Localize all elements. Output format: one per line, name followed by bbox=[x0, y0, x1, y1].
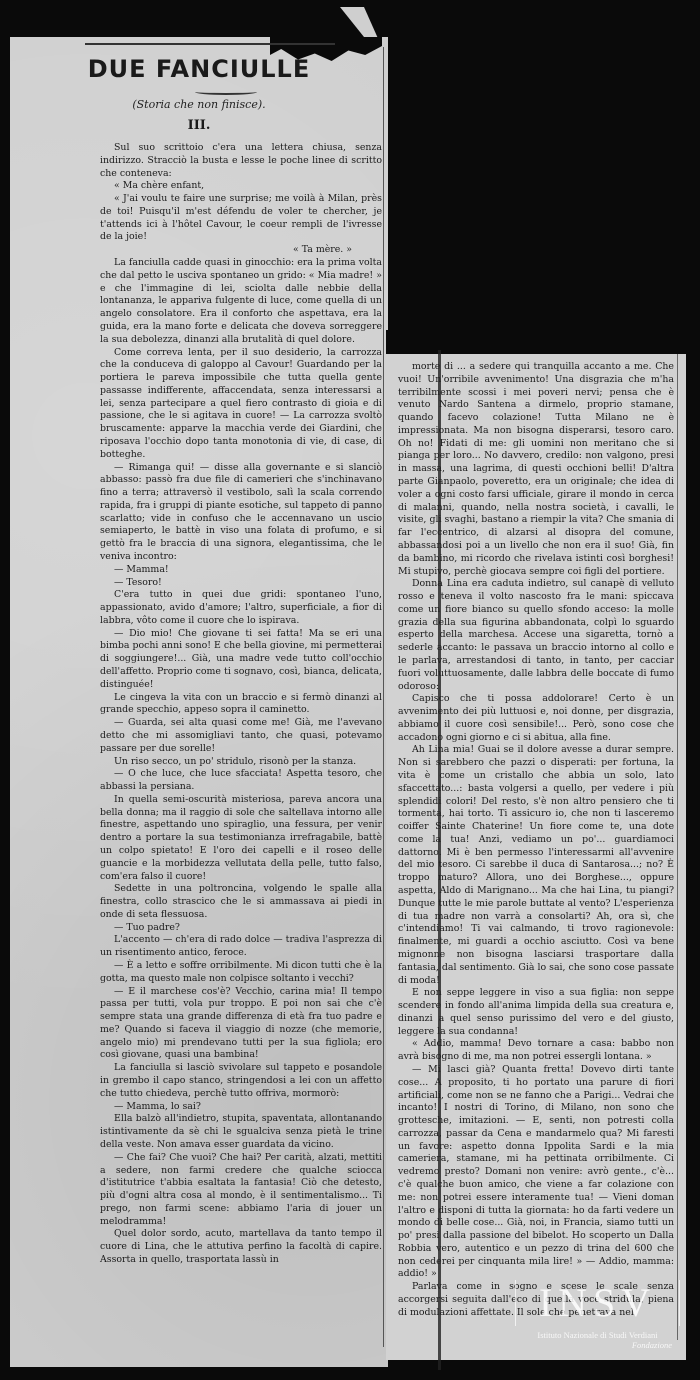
paragraph: — Dio mio! Che giovane ti sei fatta! Ma … bbox=[100, 628, 382, 692]
left-column-text: Sul suo scrittoio c'era una lettera chiu… bbox=[100, 142, 382, 1267]
paragraph: — È a letto e soffre orribilmente. Mi di… bbox=[100, 960, 382, 986]
logo-subtitle: Fondazione bbox=[515, 1340, 680, 1350]
paragraph: Le cingeva la vita con un braccio e si f… bbox=[100, 692, 382, 718]
paragraph: Un riso secco, un po' stridulo, risonò p… bbox=[100, 756, 382, 769]
paragraph: — Rimanga qui! — disse alla governante e… bbox=[100, 462, 382, 564]
paragraph: Sul suo scrittoio c'era una lettera chiu… bbox=[100, 142, 382, 180]
paragraph: — Mamma! bbox=[100, 564, 382, 577]
paragraph: « Ta mère. » bbox=[100, 244, 382, 257]
paragraph: — Guarda, sei alta quasi come me! Già, m… bbox=[100, 717, 382, 755]
paragraph: Quel dolor sordo, acuto, martellava da t… bbox=[100, 1228, 382, 1266]
paragraph: Come correva lenta, per il suo desiderio… bbox=[100, 347, 382, 462]
header-rule bbox=[85, 43, 335, 45]
paragraph: — Tuo padre? bbox=[100, 922, 382, 935]
article-title: DUE FANCIULLE bbox=[10, 55, 388, 83]
paragraph: In quella semi-oscurità misteriosa, pare… bbox=[100, 794, 382, 883]
paragraph: « J'ai voulu te faire une surprise; me v… bbox=[100, 193, 382, 244]
paragraph: La fanciulla si lasciò svivolare sul tap… bbox=[100, 1062, 382, 1100]
watermark-logo: INSV Istituto Nazionale di Studi Verdian… bbox=[515, 1280, 680, 1360]
paragraph: La fanciulla cadde quasi in ginocchio: e… bbox=[100, 257, 382, 346]
title-ornament bbox=[195, 89, 257, 95]
paragraph: — Che fai? Che vuoi? Che hai? Per carità… bbox=[100, 1152, 382, 1229]
paragraph: Sedette in una poltroncina, volgendo le … bbox=[100, 883, 382, 921]
paragraph: — Mamma, lo sai? bbox=[100, 1101, 382, 1114]
logo-organization: Istituto Nazionale di Studi Verdiani bbox=[515, 1330, 680, 1340]
paragraph: C'era tutto in quei due gridi: spontaneo… bbox=[100, 589, 382, 627]
column-rule bbox=[677, 350, 678, 1340]
torn-top-edge bbox=[386, 330, 686, 354]
paragraph: « Ma chère enfant, bbox=[100, 180, 382, 193]
paragraph: — E il marchese cos'è? Vecchio, carina m… bbox=[100, 986, 382, 1063]
logo-mark: INSV bbox=[515, 1280, 680, 1326]
paragraph: — O che luce, che luce sfacciata! Aspett… bbox=[100, 768, 382, 794]
article-subtitle: (Storia che non finisce). bbox=[10, 98, 388, 111]
fold-crease bbox=[438, 350, 441, 1370]
paragraph: Ella balzò all'indietro, stupita, spaven… bbox=[100, 1113, 382, 1151]
paragraph: L'accento — ch'era di rado dolce — tradi… bbox=[100, 934, 382, 960]
chapter-number: III. bbox=[10, 118, 388, 133]
column-rule bbox=[383, 47, 384, 1347]
paragraph: — Tesoro! bbox=[100, 577, 382, 590]
